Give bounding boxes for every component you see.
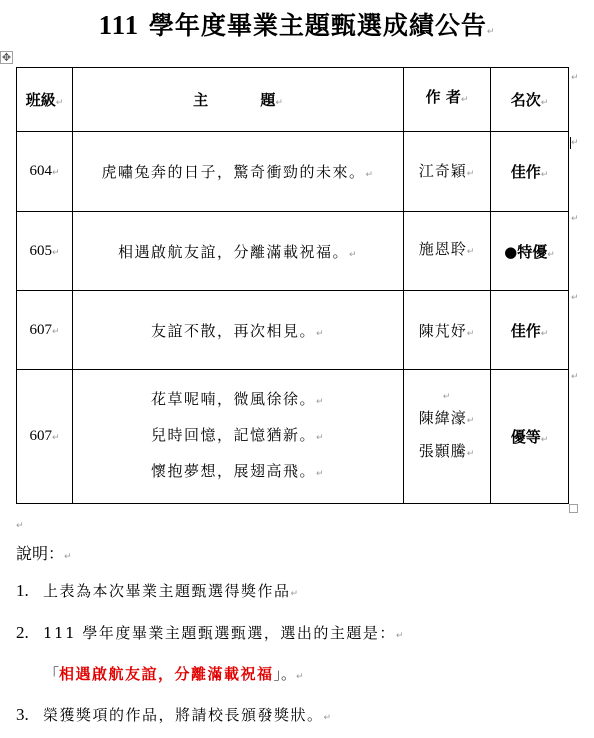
document-title: 111 學年度畢業主題甄選成績公告↵: [0, 6, 594, 42]
table-move-handle-icon[interactable]: ✥: [0, 51, 13, 64]
end-of-row-mark-icon: ↵: [571, 138, 579, 148]
cell-author: ↵ 陳緯濠↵ 張顥騰↵: [404, 370, 491, 504]
table-row: 607↵ 友誼不散，再次相見。↵ 陳芃妤↵ 佳作↵: [17, 291, 569, 370]
paragraph-mark-icon: ↵: [487, 27, 496, 37]
blank-paragraph: ↵: [16, 514, 24, 532]
notes-heading: 說明：↵: [16, 541, 72, 564]
cell-class: 604↵: [17, 132, 73, 212]
cell-rank: 優等↵: [491, 370, 569, 504]
cell-topic: 花草呢喃，微風徐徐。↵ 兒時回憶，記憶猶新。↵ 懷抱夢想，展翅高飛。↵: [73, 370, 404, 504]
cell-topic: 友誼不散，再次相見。↵: [73, 291, 404, 370]
header-rank: 名次↵: [491, 68, 569, 132]
title-year: 111: [99, 10, 140, 40]
cell-class: 607↵: [17, 370, 73, 504]
end-of-row-mark-icon: ↵: [571, 372, 579, 382]
header-topic: 主 題↵: [73, 68, 404, 132]
note-item-3: 3.榮獲獎項的作品，將請校長頒發獎狀。↵: [16, 704, 331, 725]
cell-topic: 相遇啟航友誼，分離滿載祝福。↵: [73, 212, 404, 291]
table-row: 605↵ 相遇啟航友誼，分離滿載祝福。↵ 施恩聆↵ ●特優↵: [17, 212, 569, 291]
end-of-row-mark-icon: ↵: [571, 293, 579, 303]
selected-topic-highlight: 相遇啟航友誼，分離滿載祝福: [59, 665, 274, 683]
selected-topic-quote: 「相遇啟航友誼，分離滿載祝福」。↵: [44, 663, 304, 684]
table-row: 607↵ 花草呢喃，微風徐徐。↵ 兒時回憶，記憶猶新。↵ 懷抱夢想，展翅高飛。↵…: [17, 370, 569, 504]
cell-rank: 佳作↵: [491, 291, 569, 370]
cell-rank: 佳作↵: [491, 132, 569, 212]
header-class: 班級↵: [17, 68, 73, 132]
cell-rank: ●特優↵: [491, 212, 569, 291]
end-of-row-mark-icon: ↵: [571, 73, 579, 83]
cell-topic: 虎嘯兔奔的日子，驚奇衝勁的未來。↵: [73, 132, 404, 212]
table-row: 604↵ 虎嘯兔奔的日子，驚奇衝勁的未來。↵ 江奇穎↵ 佳作↵: [17, 132, 569, 212]
cell-class: 607↵: [17, 291, 73, 370]
cell-author: 陳芃妤↵: [404, 291, 491, 370]
cell-class: 605↵: [17, 212, 73, 291]
table-header-row: 班級↵ 主 題↵ 作 者↵ 名次↵: [17, 68, 569, 132]
cell-author: 江奇穎↵: [404, 132, 491, 212]
cell-author: 施恩聆↵: [404, 212, 491, 291]
end-of-row-mark-icon: ↵: [571, 214, 579, 224]
header-author: 作 者↵: [404, 68, 491, 132]
title-text: 學年度畢業主題甄選成績公告: [139, 11, 487, 40]
note-item-1: 1.上表為本次畢業主題甄選得獎作品↵: [16, 580, 298, 601]
table-resize-handle-icon[interactable]: [569, 504, 578, 513]
results-table: 班級↵ 主 題↵ 作 者↵ 名次↵ 604↵ 虎嘯兔奔的日子，驚奇衝勁的未來。↵…: [16, 67, 569, 504]
note-item-2: 2.111 學年度畢業主題甄選甄選，選出的主題是：↵: [16, 622, 403, 643]
